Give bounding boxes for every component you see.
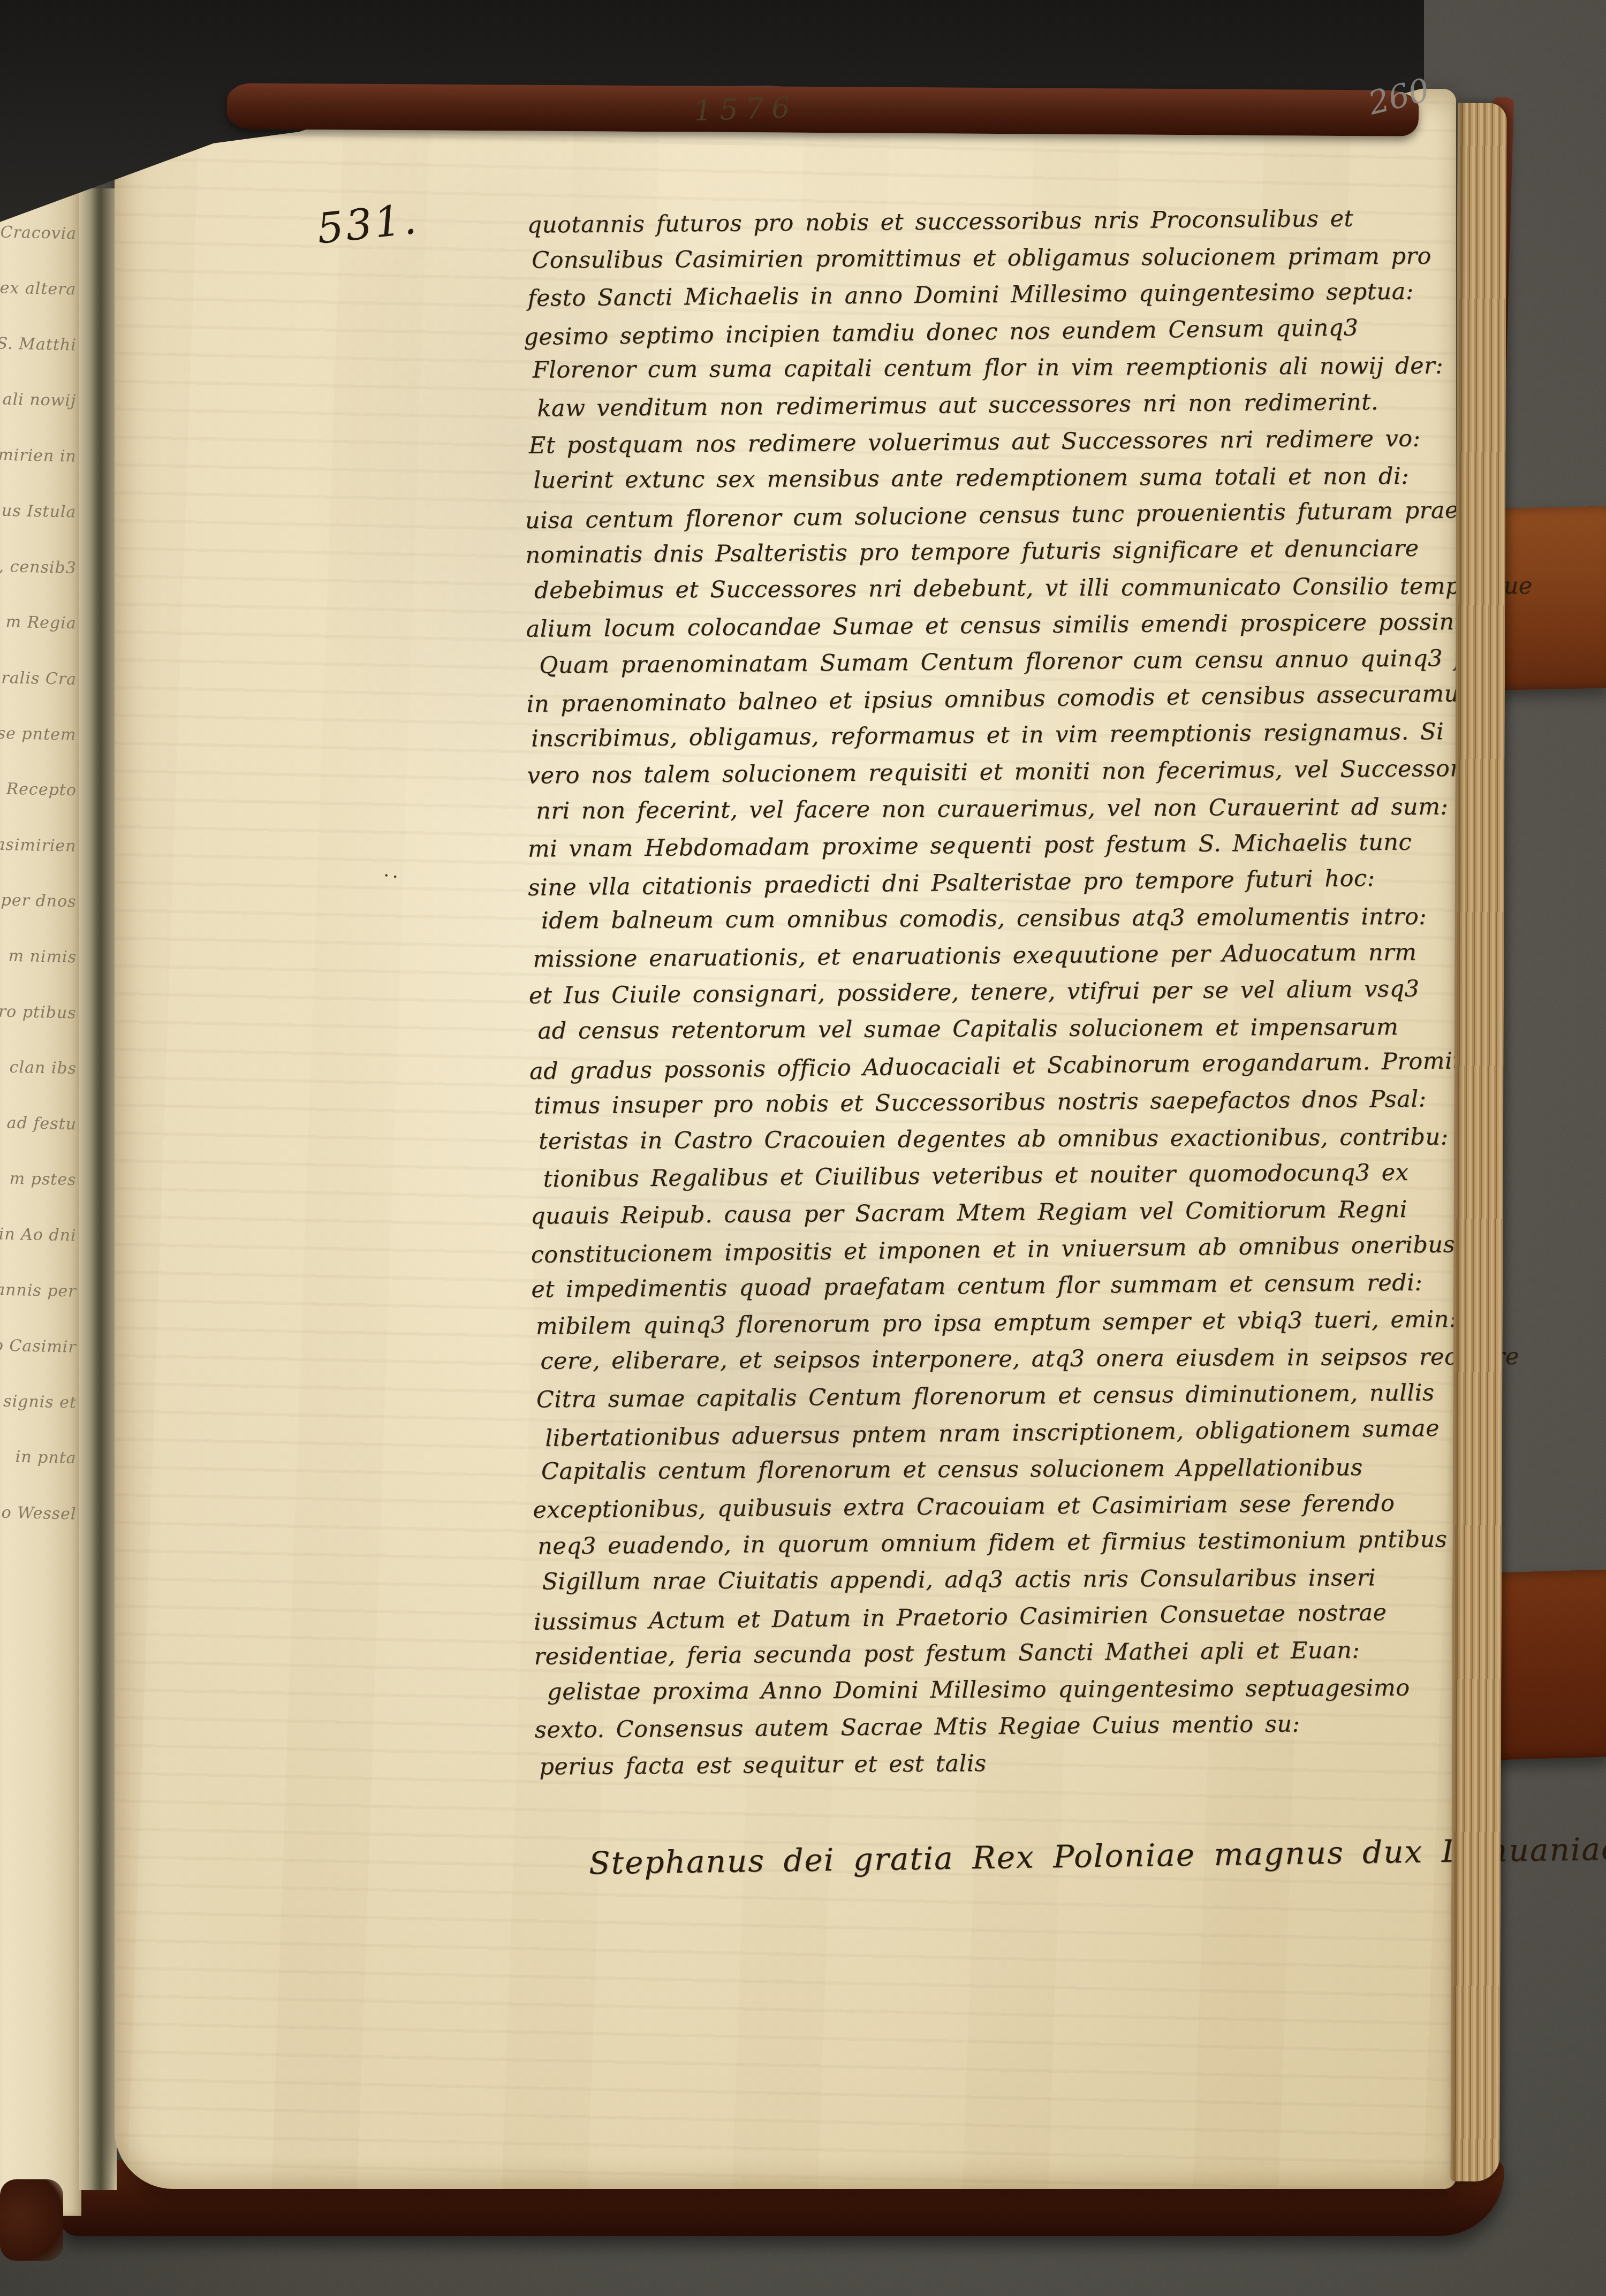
page-edge-fragment: Cracovia xyxy=(0,223,77,280)
manuscript-line: cere, eliberare, et seipsos interponere,… xyxy=(532,1343,1575,1385)
margin-mark: ·· xyxy=(382,865,403,888)
manuscript-line: idem balneum cum omnibus comodis, censib… xyxy=(528,903,1572,945)
page-edge-fragment: per dnos xyxy=(0,891,77,948)
page-edge-fragment: S. Matthi xyxy=(0,334,77,391)
manuscript-line: gelistae proxima Anno Domini Millesimo q… xyxy=(534,1674,1578,1715)
page-edge-fragment: bus, censib3 xyxy=(0,557,77,614)
leather-smudge-bottom-left xyxy=(0,2179,63,2261)
page-edge-fragment: eneralis Cra xyxy=(0,668,77,726)
page-edge-fragment: pro ptibus xyxy=(0,1002,77,1059)
page-edge-fragment: Recepto xyxy=(5,780,77,837)
manuscript-line: Consulibus Casimirien promittimus et obl… xyxy=(523,242,1567,284)
manuscript-line: mibilem quinq3 florenorum pro ipsa emptu… xyxy=(532,1305,1575,1350)
manuscript-line: quotannis futuros pro nobis et successor… xyxy=(522,203,1566,248)
manuscript-line: perius facta est sequitur et est talis xyxy=(535,1745,1579,1790)
manuscript-text: quotannis futuros pro nobis et successor… xyxy=(522,203,1579,1790)
facing-page-edge: Cracoviaex alteraS. Matthiali nowijimiri… xyxy=(0,188,81,2216)
manuscript-line: vero nos talem solucionem requisiti et m… xyxy=(527,754,1571,799)
facing-page-text-fragments: Cracoviaex alteraS. Matthiali nowijimiri… xyxy=(0,224,76,1560)
manuscript-line: Et postquam nos redimere voluerimus aut … xyxy=(525,424,1569,469)
page-edge-fragment: hus Istula xyxy=(0,501,77,558)
page-edge-fragment: m Regia xyxy=(5,613,77,670)
manuscript-line: Capitalis centum florenorum et census so… xyxy=(533,1454,1577,1495)
year-heading: 1576 xyxy=(693,90,798,128)
page-edge-fragment: y signis et xyxy=(0,1392,77,1449)
page-edge-fragment: in Ao dni xyxy=(0,1225,77,1282)
manuscript-line: teristas in Castro Cracouien degentes ab… xyxy=(530,1123,1574,1165)
page-edge-fragment: go Casimir xyxy=(0,1336,77,1394)
page-edge-fragment: m nimis xyxy=(7,947,77,1004)
page-edge-fragment: in pnta xyxy=(14,1448,77,1504)
manuscript-line: nri non fecerint, vel facere non curauer… xyxy=(527,793,1571,834)
page-edge-fragment: esse pntem xyxy=(0,724,77,781)
page-edge-fragment: ex altera xyxy=(0,279,77,336)
page-edge-fragment: nio Wessel xyxy=(0,1503,77,1561)
manuscript-line: neq3 euadendo, in quorum omnium fidem et… xyxy=(533,1525,1577,1570)
page-edge-fragment: imirien in xyxy=(0,445,77,503)
page-edge-fragment: lannis per xyxy=(0,1280,77,1337)
leather-cover-top-edge xyxy=(227,83,1419,136)
book-fore-edge xyxy=(1450,103,1507,2181)
gutter-shadow xyxy=(79,188,117,2190)
page-edge-fragment: ali nowij xyxy=(2,390,77,447)
manuscript-line: et Ius Ciuile consignari, possidere, ten… xyxy=(529,975,1573,1020)
manuscript-page: quotannis futuros pro nobis et successor… xyxy=(115,89,1456,2189)
page-edge-fragment: ad festu xyxy=(6,1114,77,1171)
manuscript-line: debebimus et Successores nri debebunt, v… xyxy=(526,572,1570,614)
page-edge-fragment: m pstes xyxy=(9,1169,77,1227)
page-edge-fragment: clan ibs xyxy=(9,1058,77,1115)
manuscript-line: Florenor cum suma capitali centum flor i… xyxy=(524,352,1568,394)
page-edge-fragment: Casimirien xyxy=(0,835,77,893)
